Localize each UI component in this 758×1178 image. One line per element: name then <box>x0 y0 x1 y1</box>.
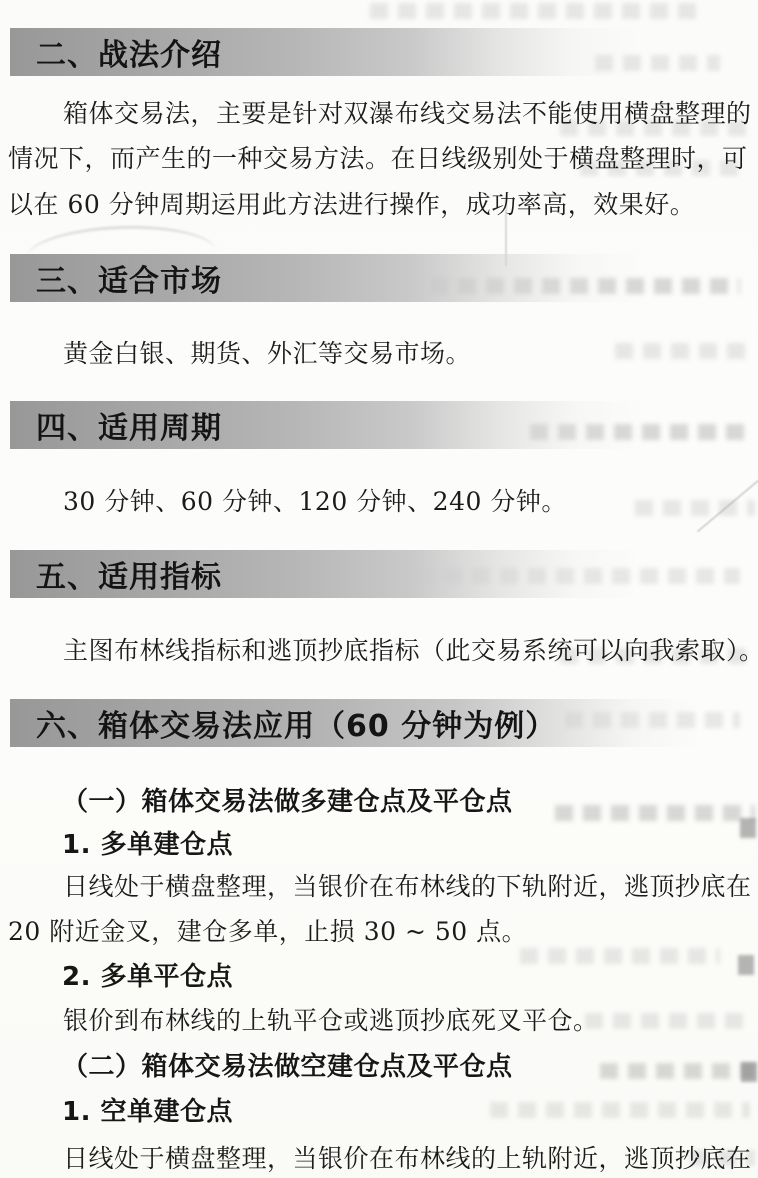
section-heading-bar-4: 四、适用周期 <box>10 401 752 449</box>
numbered-item-title: 2. 多单平仓点 <box>62 963 233 991</box>
paragraph-line: 30 分钟、60 分钟、120 分钟、240 分钟。 <box>8 487 752 517</box>
section-heading-bar-3: 三、适合市场 <box>10 254 752 302</box>
bleedthrough-mark <box>520 948 720 964</box>
section-heading-2: 二、战法介绍 <box>36 30 222 74</box>
section-heading-6: 六、箱体交易法应用（60 分钟为例） <box>36 701 556 745</box>
subsection-heading-1: （一）箱体交易法做多建仓点及平仓点 <box>62 788 513 816</box>
section-heading-bar-5: 五、适用指标 <box>10 550 752 598</box>
section-heading-4: 四、适用周期 <box>36 403 222 447</box>
paragraph-line: 以在 60 分钟周期运用此方法进行操作，成功率高，效果好。 <box>8 190 752 220</box>
bleedthrough-mark <box>600 1063 755 1079</box>
numbered-item-title: 1. 多单建仓点 <box>62 831 233 859</box>
paragraph-line: 箱体交易法，主要是针对双瀑布线交易法不能使用横盘整理的 <box>8 99 752 129</box>
paragraph-line: 情况下，而产生的一种交易方法。在日线级别处于横盘整理时，可 <box>8 144 752 174</box>
pencil-curve-artifact <box>26 223 217 259</box>
bleedthrough-edge-mark <box>738 955 754 975</box>
subsection-heading-2: （二）箱体交易法做空建仓点及平仓点 <box>62 1053 513 1081</box>
numbered-item-title: 1. 空单建仓点 <box>62 1098 233 1126</box>
bleedthrough-mark <box>555 805 755 821</box>
bleedthrough-mark <box>370 3 700 19</box>
section-heading-bar-2: 二、战法介绍 <box>10 28 752 76</box>
paragraph-line: 主图布林线指标和逃顶抄底指标（此交易系统可以向我索取）。 <box>8 636 752 666</box>
paragraph-line: 日线处于横盘整理，当银价在布林线的上轨附近，逃顶抄底在 <box>8 1144 752 1174</box>
bleedthrough-mark <box>490 1102 750 1118</box>
paragraph-line: 日线处于横盘整理，当银价在布林线的下轨附近，逃顶抄底在 <box>8 872 752 902</box>
book-page: 二、战法介绍 箱体交易法，主要是针对双瀑布线交易法不能使用横盘整理的 情况下，而… <box>0 0 758 1178</box>
section-heading-bar-6: 六、箱体交易法应用（60 分钟为例） <box>10 699 752 747</box>
section-heading-5: 五、适用指标 <box>36 552 222 596</box>
bleedthrough-edge-mark <box>741 1062 757 1082</box>
section-heading-3: 三、适合市场 <box>36 256 222 300</box>
paragraph-line: 20 附近金叉，建仓多单，止损 30 ~ 50 点。 <box>8 917 752 947</box>
bleedthrough-edge-mark <box>740 818 756 838</box>
paragraph-line: 银价到布林线的上轨平仓或逃顶抄底死叉平仓。 <box>8 1006 752 1036</box>
paragraph-line: 黄金白银、期货、外汇等交易市场。 <box>8 339 752 369</box>
